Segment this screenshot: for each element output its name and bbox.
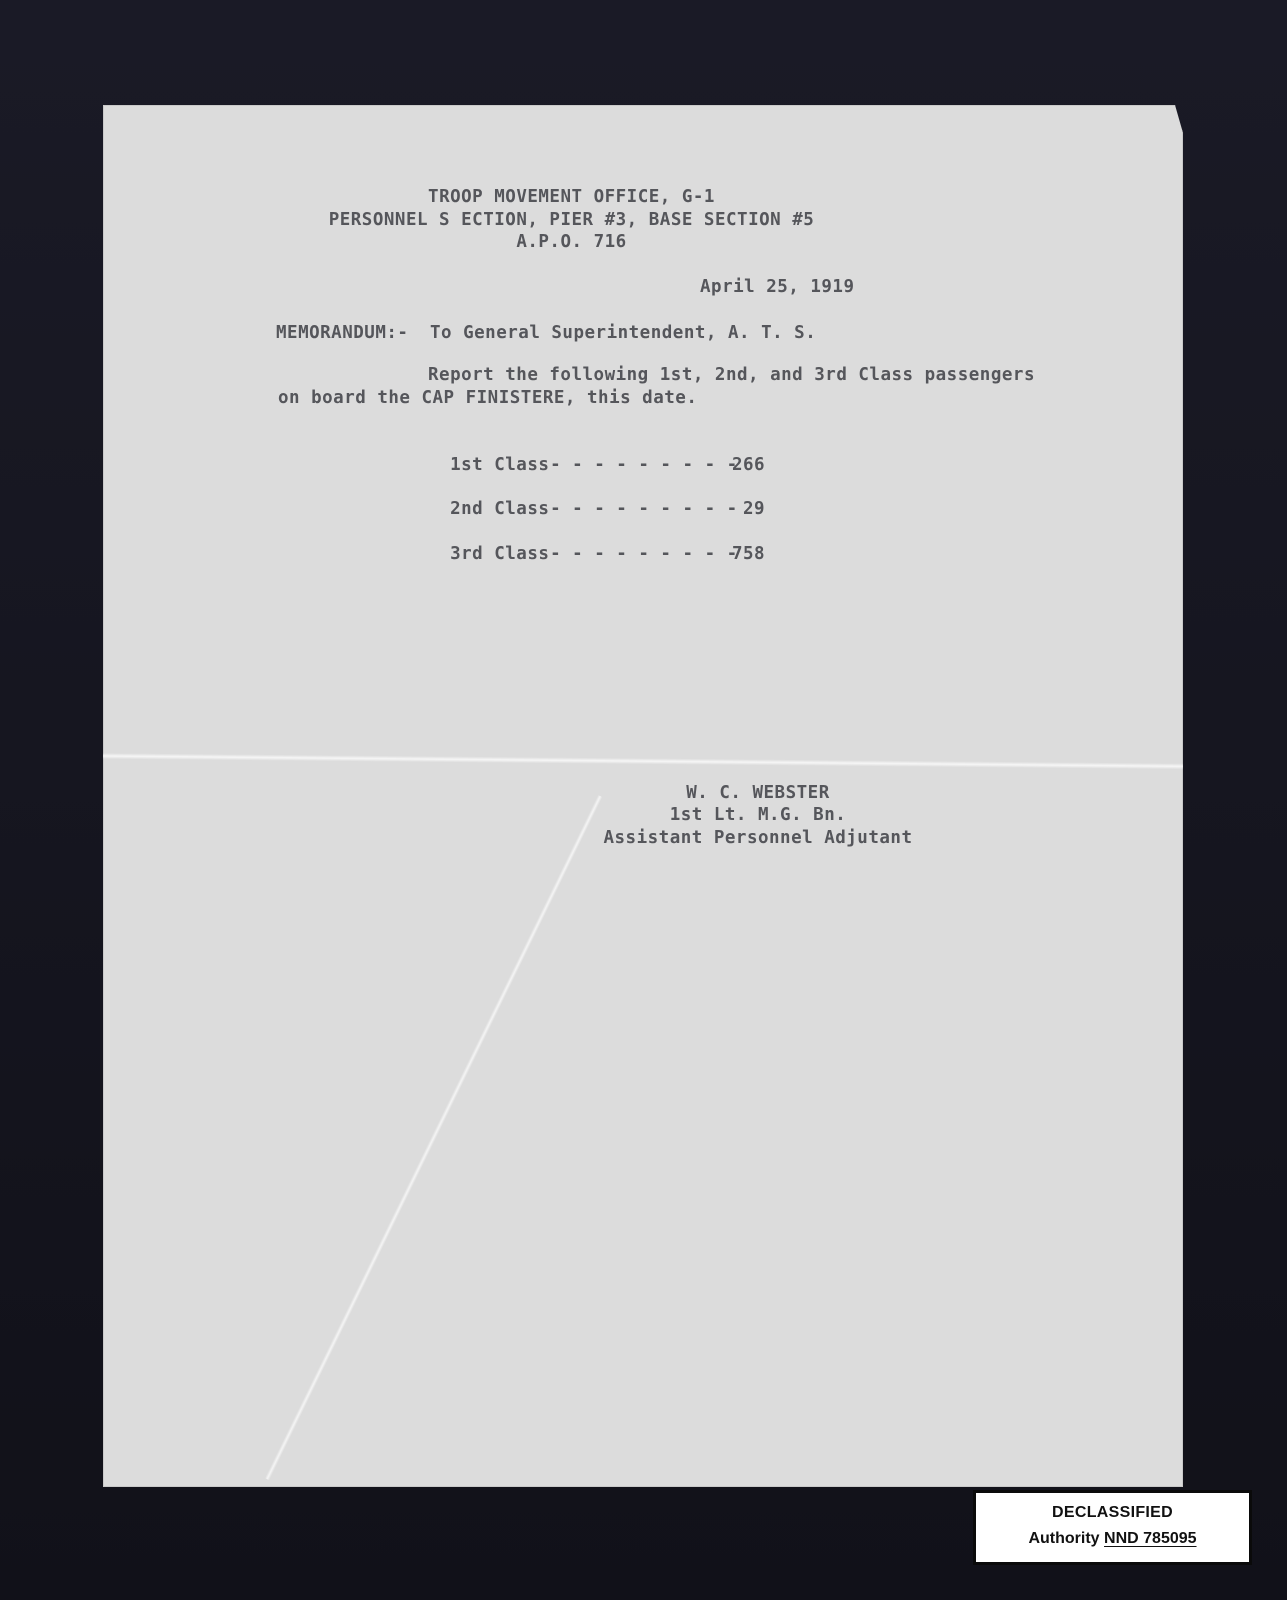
header-apo: A.P.O. 716 — [0, 231, 1215, 253]
horizontal-fold-crease — [103, 753, 1183, 769]
class-label: 3rd Class — [450, 543, 550, 565]
authority-number: NND 785095 — [1104, 1530, 1197, 1547]
body-line-1: Report the following 1st, 2nd, and 3rd C… — [428, 364, 1035, 386]
class-label: 2nd Class — [450, 498, 550, 520]
signature-name: W. C. WEBSTER — [0, 782, 1287, 804]
signature-title: Assistant Personnel Adjutant — [0, 827, 1287, 849]
memorandum-recipient: To General Superintendent, A. T. S. — [430, 322, 816, 344]
leader-dashes: - - - - - - - - - — [550, 543, 725, 565]
passenger-count: 758 — [725, 543, 765, 565]
memorandum-label: MEMORANDUM:- — [276, 322, 408, 344]
passenger-row-3rd: 3rd Class- - - - - - - - -758 — [428, 521, 765, 565]
authority-label: Authority — [1028, 1530, 1099, 1547]
class-label: 1st Class — [450, 454, 550, 476]
declassified-authority: Authority NND 785095 — [976, 1530, 1249, 1548]
memo-date: April 25, 1919 — [700, 276, 855, 298]
passenger-count: 266 — [725, 454, 765, 476]
body-line-2: on board the CAP FINISTERE, this date. — [278, 387, 697, 409]
declassified-stamp: DECLASSIFIED Authority NND 785095 — [973, 1490, 1252, 1565]
leader-dashes: - - - - - - - - - — [550, 454, 725, 476]
declassified-title: DECLASSIFIED — [976, 1504, 1249, 1522]
header-section: PERSONNEL S ECTION, PIER #3, BASE SECTIO… — [0, 209, 1215, 231]
leader-dashes: - - - - - - - - - — [550, 498, 725, 520]
passenger-row-2nd: 2nd Class- - - - - - - - -29 — [428, 476, 765, 520]
header-office: TROOP MOVEMENT OFFICE, G-1 — [0, 186, 1215, 208]
passenger-row-1st: 1st Class- - - - - - - - -266 — [428, 432, 765, 476]
passenger-count: 29 — [725, 498, 765, 520]
diagonal-crease — [265, 795, 603, 1480]
signature-rank: 1st Lt. M.G. Bn. — [0, 804, 1287, 826]
